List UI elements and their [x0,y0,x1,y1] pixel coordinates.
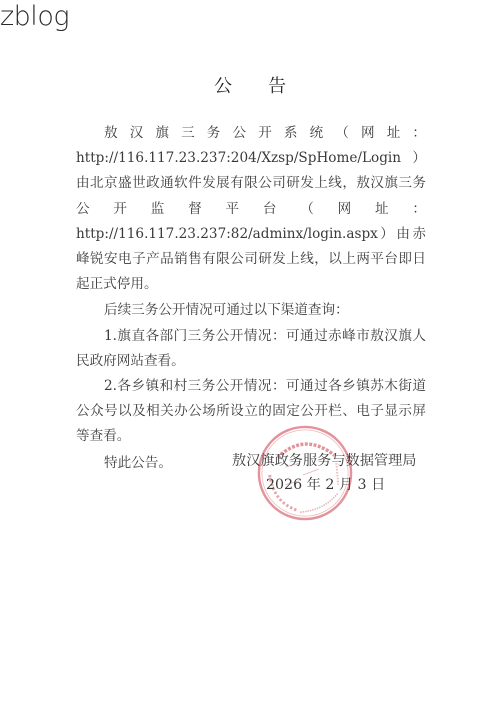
official-seal-icon [256,424,354,522]
issuer-signature: 敖汉旗政务服务与数据管理局 [232,451,416,471]
title-char-2: 告 [268,75,286,99]
paragraph-channels-intro: 后续三务公开情况可通过以下渠道查询： [76,298,426,323]
notice-title: 公告 [0,75,500,99]
paragraph-channel-2: 2.各乡镇和村三务公开情况：可通过各乡镇苏木街道公众号以及相关办公场所设立的固定… [76,374,426,450]
paragraph-channel-1: 1.旗直各部门三务公开情况：可通过赤峰市敖汉旗人民政府网站查看。 [76,324,426,374]
watermark-logo: zblog [0,0,69,34]
issue-date: 2026 年 2 月 3 日 [266,475,385,495]
title-char-1: 公 [214,75,232,99]
notice-body: 敖汉旗三务公开系统（网址：http://116.117.23.237:204/X… [76,121,426,476]
paragraph-systems-discontinued: 敖汉旗三务公开系统（网址：http://116.117.23.237:204/X… [76,121,426,297]
